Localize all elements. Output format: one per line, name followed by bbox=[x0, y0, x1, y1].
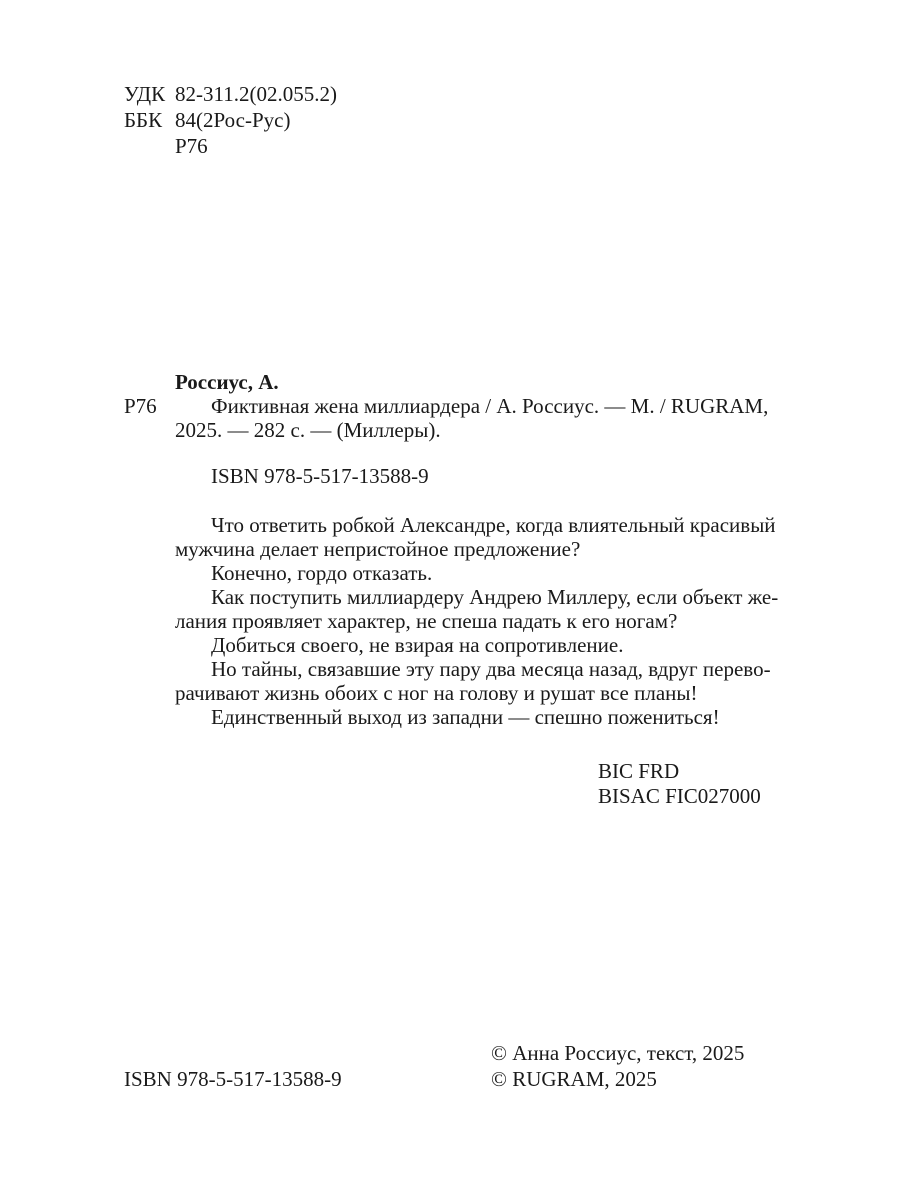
annotation-line: рачивают жизнь обоих с ног на голову и р… bbox=[175, 681, 765, 705]
bic-code: BIC FRD bbox=[598, 759, 761, 784]
bibliographic-description-line-2: 2025. — 282 с. — (Миллеры). bbox=[175, 418, 441, 442]
annotation-line: Но тайны, связавшие эту пару два месяца … bbox=[175, 657, 765, 681]
udk-value: 82-311.2(02.055.2) bbox=[175, 82, 337, 106]
annotation-line: лания проявляет характер, не спеша падат… bbox=[175, 609, 765, 633]
bbk-row: ББК84(2Рос-Рус) bbox=[124, 108, 290, 132]
bbk-label: ББК bbox=[124, 108, 175, 132]
author-name: Россиус, А. bbox=[175, 370, 279, 394]
annotation-line: Как поступить миллиардеру Андрею Миллеру… bbox=[175, 585, 765, 609]
udk-row: УДК82-311.2(02.055.2) bbox=[124, 82, 337, 106]
entry-isbn: ISBN 978-5-517-13588-9 bbox=[211, 464, 429, 488]
cutter-code: Р76 bbox=[175, 134, 208, 158]
annotation: Что ответить робкой Александре, когда вл… bbox=[175, 513, 765, 729]
subject-codes: BIC FRD BISAC FIC027000 bbox=[598, 759, 761, 809]
entry-cutter-code: Р76 bbox=[124, 394, 157, 418]
bisac-code: BISAC FIC027000 bbox=[598, 784, 761, 809]
bbk-value: 84(2Рос-Рус) bbox=[175, 108, 290, 132]
copyright-block: © Анна Россиус, текст, 2025 © RUGRAM, 20… bbox=[491, 1041, 744, 1093]
annotation-line: Единственный выход из западни — спешно п… bbox=[175, 705, 765, 729]
annotation-line: Что ответить робкой Александре, когда вл… bbox=[175, 513, 765, 537]
bibliographic-description-line-1: Фиктивная жена миллиардера / А. Россиус.… bbox=[211, 394, 768, 418]
copyright-publisher: © RUGRAM, 2025 bbox=[491, 1067, 744, 1093]
annotation-line: Конечно, гордо отказать. bbox=[175, 561, 765, 585]
footer-isbn: ISBN 978-5-517-13588-9 bbox=[124, 1067, 342, 1091]
annotation-line: мужчина делает непристойное предложение? bbox=[175, 537, 765, 561]
annotation-line: Добиться своего, не взирая на сопротивле… bbox=[175, 633, 765, 657]
udk-label: УДК bbox=[124, 82, 175, 106]
copyright-author: © Анна Россиус, текст, 2025 bbox=[491, 1041, 744, 1067]
